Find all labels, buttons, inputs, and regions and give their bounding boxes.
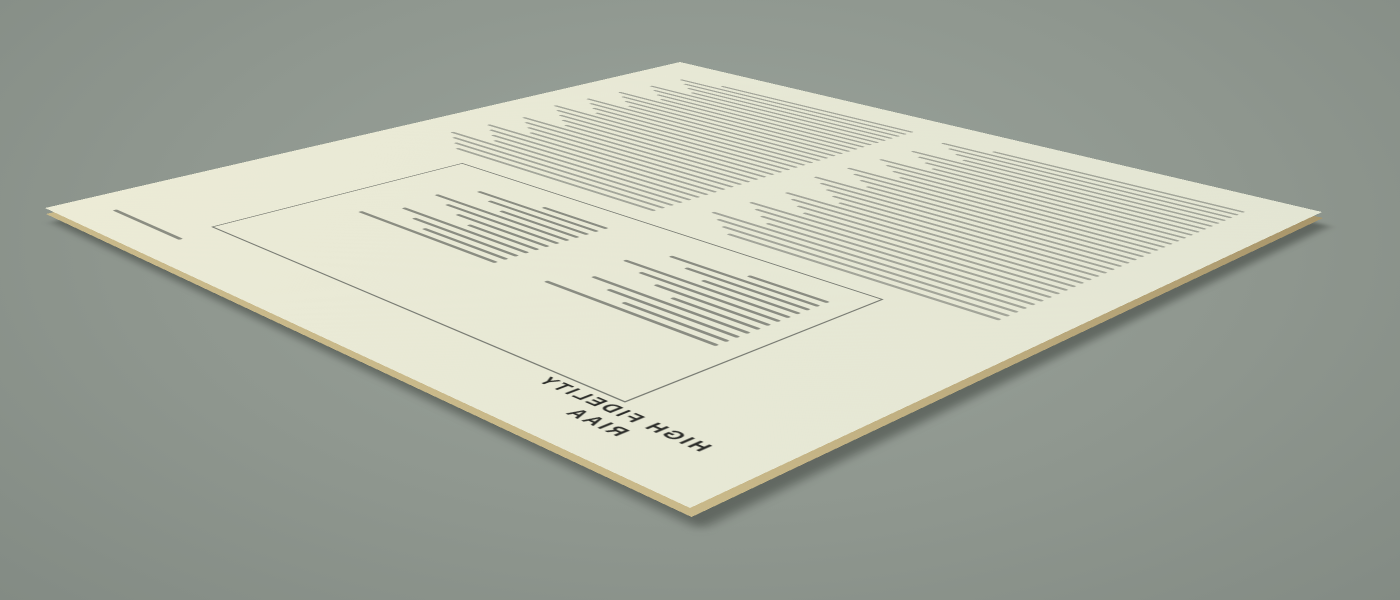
cover-content: HIGH FIDELITY RIAA: [45, 62, 1322, 508]
text-line: [679, 79, 907, 134]
side-2-tracks: [338, 177, 609, 265]
text-line: [541, 207, 608, 229]
catalog-number: [96, 205, 183, 241]
album-back-cover: HIGH FIDELITY RIAA: [45, 62, 1322, 508]
text-line: [358, 211, 498, 263]
photo-scene: HIGH FIDELITY RIAA: [0, 0, 1400, 600]
